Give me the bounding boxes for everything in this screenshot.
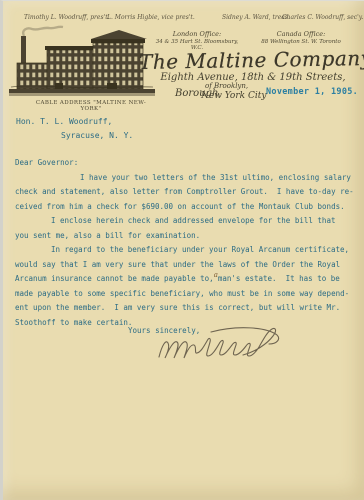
officer-name: Timothy L. Woodruff, pres't. — [24, 14, 110, 21]
officer-name: Sidney A. Ward, treas. — [222, 14, 290, 21]
cable-address-caption: CABLE ADDRESS "MALTINE NEW-YORK" — [27, 100, 155, 112]
handwritten-insertion: a — [214, 271, 218, 279]
letter-body: Dear Governor: I have your two letters o… — [15, 156, 359, 330]
new-york-city-script: New York City — [201, 91, 266, 101]
recipient-block: Hon. T. L. Woodruff, Syracuse, N. Y. — [16, 115, 133, 143]
company-name: The Maltine Company, — [139, 46, 364, 74]
body-line: you sent me, also a bill for examination… — [15, 229, 359, 244]
body-line: check and statement, also letter from Co… — [15, 185, 359, 200]
body-line: would say that I am very sure that under… — [15, 258, 359, 273]
canada-office-block: Canada Office: 88 Wellington St. W. Toro… — [253, 30, 349, 45]
london-office-label: London Office: — [149, 30, 245, 38]
officer-name: Charles C. Woodruff, sec'y. — [282, 14, 363, 21]
body-line: Arcanum insurance cannot be made payable… — [15, 272, 359, 287]
canada-office-label: Canada Office: — [253, 30, 349, 38]
smokestack — [21, 36, 26, 64]
recipient-city: Syracuse, N. Y. — [16, 129, 133, 143]
handwritten-signature — [153, 323, 293, 369]
scanned-letter: Timothy L. Woodruff, pres't.L. Morris Hi… — [0, 0, 364, 500]
canada-office-address: 88 Wellington St. W. Toronto — [253, 39, 349, 45]
body-line: I have your two letters of the 31st ulti… — [15, 171, 359, 186]
factory-engraving — [7, 23, 157, 99]
body-line: In regard to the beneficiary under your … — [15, 243, 359, 258]
body-line: made payable to some specific beneficiar… — [15, 287, 359, 302]
recipient-name: Hon. T. L. Woodruff, — [16, 115, 133, 129]
salutation: Dear Governor: — [15, 156, 359, 171]
officer-name: L. Morris Higbie, vice pres't. — [107, 14, 195, 21]
letter-date: November 1, 1905. — [266, 87, 358, 97]
body-line: ceived from him a check for $690.00 on a… — [15, 200, 359, 215]
body-line: I enclose herein check and addressed env… — [15, 214, 359, 229]
letter-page: Timothy L. Woodruff, pres't.L. Morris Hi… — [0, 0, 364, 500]
of-brooklyn-script: of Brooklyn, — [205, 82, 248, 90]
body-line: ent upon the member. I am very sure this… — [15, 301, 359, 316]
smoke — [23, 27, 63, 36]
